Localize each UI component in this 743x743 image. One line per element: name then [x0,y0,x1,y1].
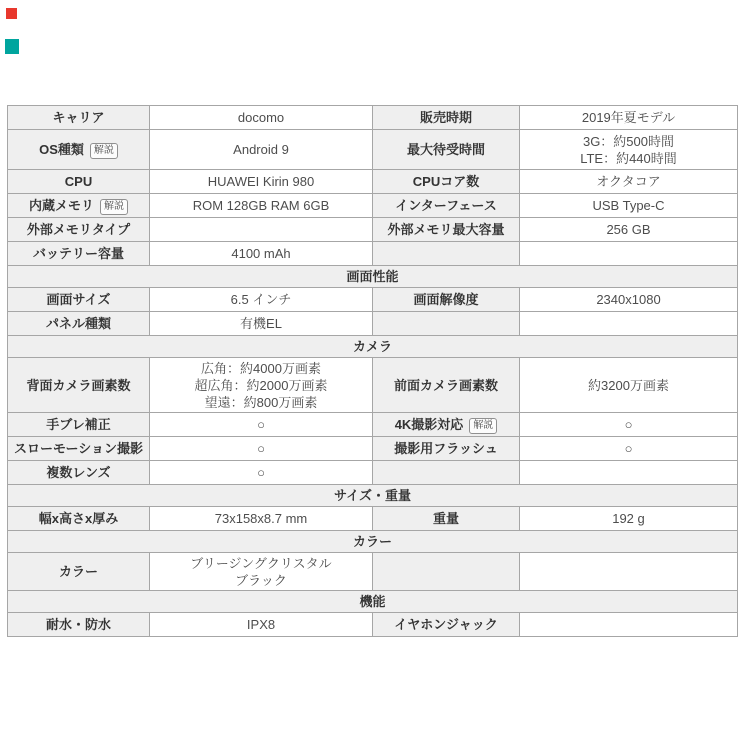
flash-value: ○ [520,437,738,461]
slow-motion-value: ○ [150,437,373,461]
section-camera: カメラ [8,336,738,358]
row-dimensions: 幅x高さx厚み 73x158x8.7 mm 重量 192 g [8,507,738,531]
row-waterproof: 耐水・防水 IPX8 イヤホンジャック [8,613,738,637]
cpu-cores-label: CPUコア数 [373,170,520,194]
interface-value: USB Type-C [520,194,738,218]
weight-value: 192 g [520,507,738,531]
section-screen-performance: 画面性能 [8,266,738,288]
front-camera-mp-value: 約3200万画素 [520,358,738,413]
row-color: カラー ブリージングクリスタル ブラック [8,553,738,591]
section-color: カラー [8,531,738,553]
screen-size-value: 6.5 インチ [150,288,373,312]
empty-label [373,312,520,336]
dimensions-label: 幅x高さx厚み [8,507,150,531]
stabilization-value: ○ [150,413,373,437]
empty-label [373,553,520,591]
panel-type-value: 有機EL [150,312,373,336]
row-stabilization: 手ブレ補正 ○ 4K撮影対応解説 ○ [8,413,738,437]
rear-camera-mp-label: 背面カメラ画素数 [8,358,150,413]
screen-resolution-label: 画面解像度 [373,288,520,312]
sale-period-label: 販売時期 [373,106,520,130]
cpu-label: CPU [8,170,150,194]
empty-value [520,461,738,485]
four-k-shooting-label: 4K撮影対応解説 [373,413,520,437]
os-type-value: Android 9 [150,130,373,170]
color-value: ブリージングクリスタル ブラック [150,553,373,591]
waterproof-value: IPX8 [150,613,373,637]
cpu-value: HUAWEI Kirin 980 [150,170,373,194]
teal-square-marker [5,39,19,54]
row-cpu: CPU HUAWEI Kirin 980 CPUコア数 オクタコア [8,170,738,194]
row-section-features: 機能 [8,591,738,613]
spec-table-container: キャリア docomo 販売時期 2019年夏モデル OS種類解説 Androi… [7,105,737,637]
multi-lens-value: ○ [150,461,373,485]
internal-memory-value: ROM 128GB RAM 6GB [150,194,373,218]
row-section-size-weight: サイズ・重量 [8,485,738,507]
row-rear-camera: 背面カメラ画素数 広角：約4000万画素 超広角：約2000万画素 望遠：約80… [8,358,738,413]
row-internal-memory: 内蔵メモリ解説 ROM 128GB RAM 6GB インターフェース USB T… [8,194,738,218]
weight-label: 重量 [373,507,520,531]
rear-camera-mp-value: 広角：約4000万画素 超広角：約2000万画素 望遠：約800万画素 [150,358,373,413]
empty-value [520,312,738,336]
row-battery: バッテリー容量 4100 mAh [8,242,738,266]
multi-lens-label: 複数レンズ [8,461,150,485]
screen-size-label: 画面サイズ [8,288,150,312]
spec-table: キャリア docomo 販売時期 2019年夏モデル OS種類解説 Androi… [7,105,738,637]
external-memory-max-label: 外部メモリ最大容量 [373,218,520,242]
stabilization-label: 手ブレ補正 [8,413,150,437]
section-features: 機能 [8,591,738,613]
sale-period-value: 2019年夏モデル [520,106,738,130]
four-k-shooting-value: ○ [520,413,738,437]
battery-value: 4100 mAh [150,242,373,266]
empty-value [520,242,738,266]
external-memory-type-value [150,218,373,242]
external-memory-max-value: 256 GB [520,218,738,242]
row-external-memory: 外部メモリタイプ 外部メモリ最大容量 256 GB [8,218,738,242]
row-section-color: カラー [8,531,738,553]
front-camera-mp-label: 前面カメラ画素数 [373,358,520,413]
kaisetsu-badge[interactable]: 解説 [100,199,128,215]
row-section-camera: カメラ [8,336,738,358]
carrier-label: キャリア [8,106,150,130]
row-panel-type: パネル種類 有機EL [8,312,738,336]
row-screen-size: 画面サイズ 6.5 インチ 画面解像度 2340x1080 [8,288,738,312]
earphone-jack-value [520,613,738,637]
kaisetsu-badge[interactable]: 解説 [90,143,118,159]
carrier-value: docomo [150,106,373,130]
row-carrier: キャリア docomo 販売時期 2019年夏モデル [8,106,738,130]
interface-label: インターフェース [373,194,520,218]
row-os: OS種類解説 Android 9 最大待受時間 3G：約500時間 LTE：約4… [8,130,738,170]
row-section-screen: 画面性能 [8,266,738,288]
row-slow-motion: スローモーション撮影 ○ 撮影用フラッシュ ○ [8,437,738,461]
earphone-jack-label: イヤホンジャック [373,613,520,637]
color-label: カラー [8,553,150,591]
empty-value [520,553,738,591]
waterproof-label: 耐水・防水 [8,613,150,637]
external-memory-type-label: 外部メモリタイプ [8,218,150,242]
max-standby-label: 最大待受時間 [373,130,520,170]
cpu-cores-value: オクタコア [520,170,738,194]
kaisetsu-badge[interactable]: 解説 [469,418,497,434]
section-size-weight: サイズ・重量 [8,485,738,507]
empty-label [373,461,520,485]
slow-motion-label: スローモーション撮影 [8,437,150,461]
empty-label [373,242,520,266]
dimensions-value: 73x158x8.7 mm [150,507,373,531]
flash-label: 撮影用フラッシュ [373,437,520,461]
panel-type-label: パネル種類 [8,312,150,336]
row-multi-lens: 複数レンズ ○ [8,461,738,485]
internal-memory-label: 内蔵メモリ解説 [8,194,150,218]
max-standby-value: 3G：約500時間 LTE：約440時間 [520,130,738,170]
screen-resolution-value: 2340x1080 [520,288,738,312]
red-square-marker [6,8,17,19]
battery-label: バッテリー容量 [8,242,150,266]
os-type-label: OS種類解説 [8,130,150,170]
